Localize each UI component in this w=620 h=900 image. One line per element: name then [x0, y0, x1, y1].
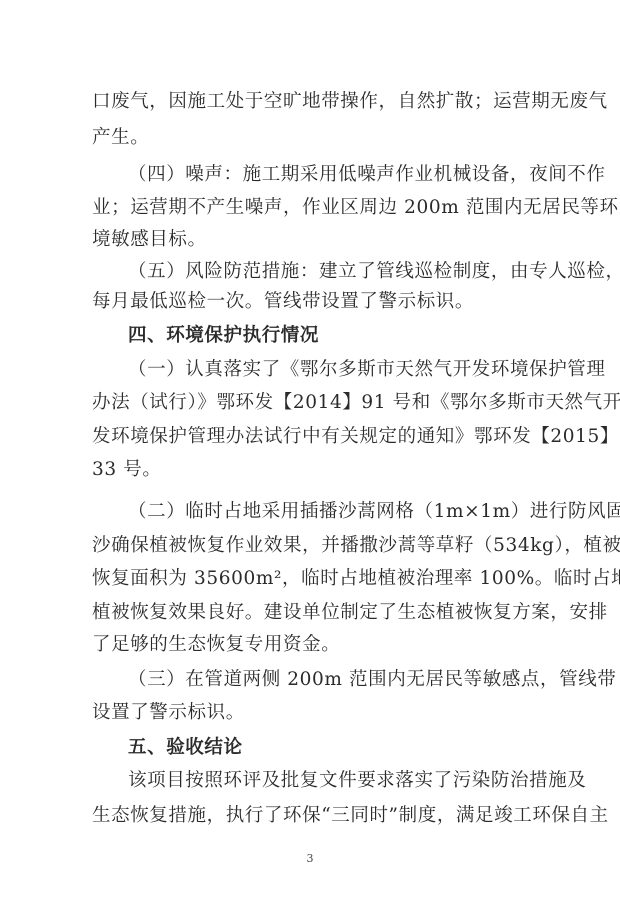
paragraph-line: 植被恢复效果良好。建设单位制定了生态植被恢复方案，安排	[92, 601, 558, 625]
paragraph-line: 产生。	[92, 126, 558, 150]
paragraph-line: （五）风险防范措施：建立了管线巡检制度，由专人巡检，	[128, 260, 558, 284]
paragraph-line: 了足够的生态恢复专用资金。	[92, 633, 558, 657]
paragraph-line: 沙确保植被恢复作业效果，并播撒沙蒿等草籽（534kg），植被	[92, 534, 558, 558]
paragraph-line: 口废气，因施工处于空旷地带操作，自然扩散；运营期无废气	[92, 90, 558, 114]
paragraph-line: （四）噪声：施工期采用低噪声作业机械设备，夜间不作	[128, 163, 558, 187]
paragraph-line: （三）在管道两侧 200m 范围内无居民等敏感点，管线带	[128, 668, 558, 692]
page-number: 3	[300, 852, 320, 865]
paragraph-line: （二）临时占地采用插播沙蒿网格（1m×1m）进行防风固	[128, 500, 558, 524]
paragraph-line: 发环境保护管理办法试行中有关规定的通知》鄂环发【2015】	[92, 425, 558, 449]
section-heading: 四、环境保护执行情况	[128, 324, 558, 348]
paragraph-line: （一）认真落实了《鄂尔多斯市天然气开发环境保护管理	[128, 358, 558, 382]
paragraph-line: 生态恢复措施，执行了环保“三同时”制度，满足竣工环保自主	[92, 804, 558, 828]
paragraph-line: 办法（试行）》鄂环发【2014】91 号和《鄂尔多斯市天然气开	[92, 391, 558, 415]
paragraph-line: 33 号。	[92, 458, 558, 482]
paragraph-line: 恢复面积为 35600m²，临时占地植被治理率 100%。临时占地	[92, 567, 558, 591]
section-heading: 五、验收结论	[128, 736, 558, 760]
paragraph-line: 境敏感目标。	[92, 228, 558, 252]
paragraph-line: 每月最低巡检一次。管线带设置了警示标识。	[92, 290, 558, 314]
paragraph-line: 业；运营期不产生噪声，作业区周边 200m 范围内无居民等环	[92, 196, 558, 220]
paragraph-line: 该项目按照环评及批复文件要求落实了污染防治措施及	[128, 769, 558, 793]
paragraph-line: 设置了警示标识。	[92, 701, 558, 725]
